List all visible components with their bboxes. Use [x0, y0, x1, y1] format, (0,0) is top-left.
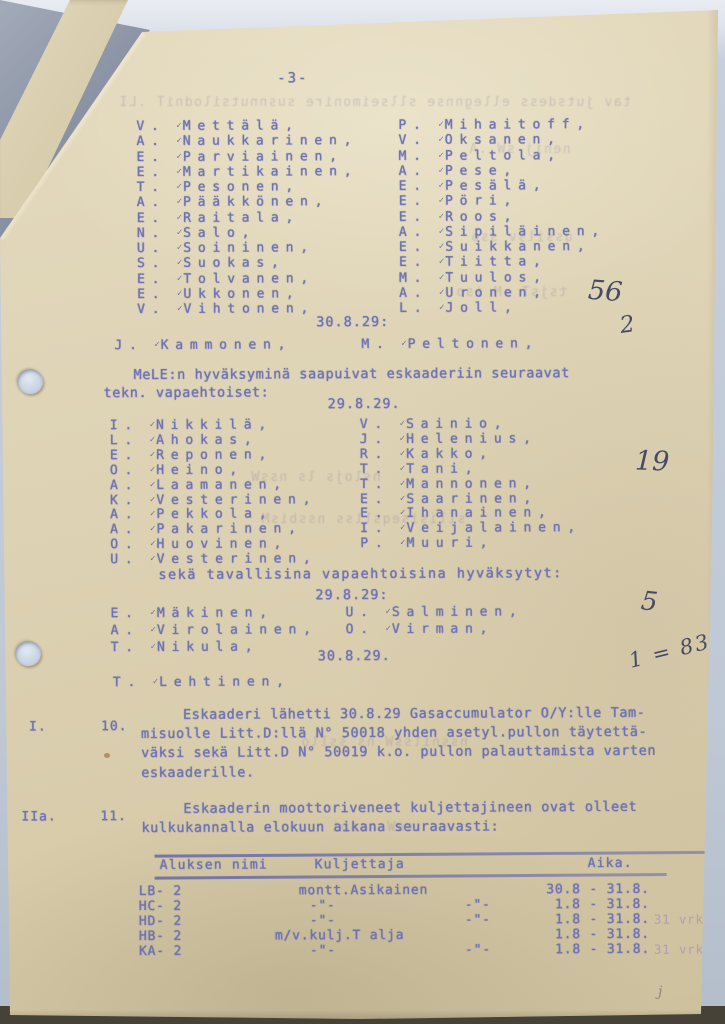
- vessel-name: HC- 2: [139, 899, 182, 914]
- name-cell: A. ✓Sipiläinen,: [399, 224, 606, 240]
- check-mark-icon: ✓: [439, 181, 444, 191]
- name-initial: A.: [111, 623, 155, 638]
- name-surname: Kammonen,: [161, 337, 293, 353]
- name-surname: Nikkilä,: [156, 417, 273, 433]
- name-cell: E. ✓Tolvanen,: [137, 271, 315, 287]
- name-initial: E.: [110, 448, 154, 463]
- check-mark-icon: ✓: [177, 212, 182, 222]
- driver-ditto: -"-: [310, 898, 336, 913]
- name-surname: Vesterinen,: [157, 551, 318, 567]
- name-cell: A. ✓Uronen,: [399, 285, 548, 301]
- paragraph-line: MeLE:n hyväksyminä saapuivat eskaaderiin…: [103, 364, 569, 384]
- check-mark-icon: ✓: [150, 465, 155, 475]
- check-mark-icon: ✓: [438, 165, 443, 175]
- name-cell: E. ✓Reponen,: [110, 447, 273, 463]
- name-surname: Salminen,: [392, 604, 524, 620]
- name-initial: A.: [399, 224, 443, 239]
- handwritten-count: 19: [634, 445, 669, 477]
- page-number: -3-: [277, 70, 308, 86]
- duration-note: 31 vrk: [654, 941, 704, 956]
- check-mark-icon: ✓: [150, 420, 155, 430]
- name-cell: I. ✓Veijalainen,: [360, 520, 582, 536]
- name-initial: K.: [110, 492, 154, 507]
- check-mark-icon: ✓: [400, 478, 405, 488]
- name-initial: E.: [360, 506, 404, 521]
- handwritten-count: 56: [587, 275, 623, 308]
- check-mark-icon: ✓: [439, 211, 444, 221]
- check-mark-icon: ✓: [400, 508, 405, 518]
- margin-label-section: I.: [29, 719, 47, 734]
- name-cell: E. ✓Martikainen,: [137, 164, 359, 180]
- name-cell: A. ✓Virolainen,: [111, 622, 318, 638]
- name-cell: L. ✓Joll,: [399, 300, 519, 316]
- vessel-name: LB- 2: [139, 884, 182, 899]
- name-initial: O.: [346, 622, 390, 637]
- name-initial: I.: [110, 418, 154, 433]
- name-surname: Suikkanen,: [445, 239, 591, 255]
- name-cell: O. ✓Heino,: [110, 462, 244, 478]
- name-surname: Pakarinen,: [156, 522, 302, 538]
- check-mark-icon: ✓: [176, 136, 181, 146]
- name-cell: V. ✓Sainio,: [360, 416, 509, 432]
- name-cell: U. ✓Soininen,: [137, 240, 315, 256]
- vessel-name: HD- 2: [139, 914, 182, 929]
- check-mark-icon: ✓: [150, 524, 155, 534]
- check-mark-icon: ✓: [439, 226, 444, 236]
- check-mark-icon: ✓: [176, 151, 181, 161]
- name-initial: A.: [399, 163, 443, 178]
- name-initial: M.: [398, 148, 442, 163]
- name-surname: Saarinen,: [406, 491, 538, 507]
- name-initial: E.: [399, 240, 443, 255]
- name-surname: Pekkola,: [156, 507, 273, 523]
- check-mark-icon: ✓: [400, 523, 405, 533]
- paragraph-line: Eskaaderin moottoriveneet kuljettajineen…: [141, 798, 637, 819]
- name-cell: V. ✓Oksanen,: [398, 132, 561, 148]
- name-initial: T.: [113, 675, 157, 690]
- name-surname: Heino,: [156, 462, 244, 477]
- name-surname: Laamanen,: [156, 477, 288, 493]
- paragraph-line: kulkukannalla elokuun aikana seuraavasti…: [141, 816, 637, 837]
- check-mark-icon: ✓: [177, 304, 182, 314]
- name-initial: E.: [399, 255, 443, 270]
- name-surname: Uronen,: [445, 285, 547, 300]
- driver-ditto: -"-: [465, 912, 491, 927]
- name-surname: Raitala,: [183, 210, 300, 226]
- name-surname: Tiitta,: [445, 254, 547, 269]
- name-cell: T. ✓Lehtinen,: [113, 674, 291, 690]
- driver-ditto: -"-: [465, 897, 491, 912]
- check-mark-icon: ✓: [438, 135, 443, 145]
- name-cell: P. ✓Muuri,: [360, 536, 494, 552]
- stray-mark: j: [658, 984, 662, 1000]
- name-cell: J. ✓Kammonen,: [114, 337, 292, 353]
- check-mark-icon: ✓: [153, 677, 158, 687]
- handwritten-count: 2: [618, 311, 636, 339]
- check-mark-icon: ✓: [150, 554, 155, 564]
- name-surname: Mihaitoff,: [445, 117, 591, 133]
- check-mark-icon: ✓: [400, 419, 405, 429]
- name-surname: Huovinen,: [156, 537, 288, 553]
- name-cell: A. ✓Pekkola,: [110, 507, 273, 523]
- check-mark-icon: ✓: [439, 272, 444, 282]
- name-initial: U.: [110, 552, 154, 567]
- name-initial: T.: [111, 640, 155, 655]
- name-cell: E. ✓Mäkinen,: [110, 605, 273, 621]
- name-surname: Muuri,: [406, 536, 494, 551]
- name-cell: P. ✓Mihaitoff,: [398, 117, 591, 133]
- name-surname: Vihtonen,: [183, 301, 315, 317]
- punch-hole: [15, 641, 41, 666]
- check-mark-icon: ✓: [150, 435, 155, 445]
- check-mark-icon: ✓: [176, 121, 181, 131]
- name-cell: A. ✓Naukkarinen,: [136, 133, 358, 149]
- name-cell: A. ✓Pääkkönen,: [137, 194, 330, 210]
- check-mark-icon: ✓: [439, 303, 444, 313]
- check-mark-icon: ✓: [177, 182, 182, 192]
- paragraph-10: Eskaaderi lähetti 30.8.29 Gasaccumulator…: [141, 704, 656, 783]
- name-surname: Soininen,: [183, 240, 315, 256]
- name-surname: Reponen,: [156, 447, 273, 463]
- name-cell: O. ✓Huovinen,: [110, 537, 288, 553]
- handwritten-count: 5: [639, 586, 659, 618]
- driver-name: m/v.kulj.T alja: [275, 928, 404, 944]
- time-range: 1.8 - 31.8.: [530, 912, 650, 928]
- name-initial: U.: [137, 241, 181, 256]
- name-initial: T.: [137, 180, 181, 195]
- name-surname: Suokas,: [183, 256, 285, 271]
- check-mark-icon: ✓: [177, 228, 182, 238]
- name-initial: J.: [114, 338, 158, 353]
- table-header-time: Aika.: [588, 856, 633, 871]
- name-initial: I.: [360, 521, 404, 536]
- name-cell: V. ✓Mettälä,: [136, 118, 299, 134]
- name-surname: Joll,: [445, 300, 518, 315]
- name-cell: V. ✓Vihtonen,: [137, 301, 315, 317]
- date-line: 30.8.29.: [318, 648, 391, 664]
- check-mark-icon: ✓: [400, 464, 405, 474]
- name-surname: Vesterinen,: [156, 492, 317, 508]
- name-cell: E. ✓Parviainen,: [136, 149, 343, 165]
- check-mark-icon: ✓: [400, 538, 405, 548]
- check-mark-icon: ✓: [150, 625, 155, 635]
- name-cell: I. ✓Nikkilä,: [110, 417, 273, 433]
- name-surname: Pääkkönen,: [183, 194, 329, 210]
- name-initial: E.: [399, 179, 443, 194]
- name-initial: T.: [360, 462, 404, 477]
- date-line: 29.8.29.: [328, 396, 401, 412]
- duration-note: 31 vrk: [654, 911, 704, 926]
- name-surname: Martikainen,: [183, 164, 359, 180]
- name-cell: U. ✓Salminen,: [345, 604, 523, 620]
- check-mark-icon: ✓: [385, 624, 390, 634]
- name-surname: Mettälä,: [183, 118, 300, 134]
- name-cell: E. ✓Raitala,: [137, 210, 300, 226]
- name-initial: M.: [399, 270, 443, 285]
- name-surname: Peltonen,: [408, 336, 540, 352]
- check-mark-icon: ✓: [400, 434, 405, 444]
- name-cell: E. ✓Suikkanen,: [399, 239, 592, 255]
- name-initial: N.: [137, 226, 181, 241]
- name-cell: U. ✓Vesterinen,: [110, 551, 317, 567]
- name-initial: E.: [110, 606, 154, 621]
- name-cell: A. ✓Laamanen,: [110, 477, 288, 493]
- name-surname: Ihanainen,: [406, 506, 552, 522]
- scanned-document: 3 9 tav jutsdess ellegnnse sllseimonire …: [0, 0, 725, 1024]
- name-surname: Oksanen,: [445, 132, 562, 148]
- name-cell: E. ✓Pesälä,: [399, 178, 548, 194]
- name-surname: Naukkarinen,: [183, 133, 359, 149]
- name-surname: Salo,: [183, 225, 256, 240]
- name-surname: Veijalainen,: [406, 520, 582, 536]
- name-surname: Ukkonen,: [183, 286, 300, 302]
- driver-ditto: -"-: [465, 942, 491, 957]
- check-mark-icon: ✓: [400, 449, 405, 459]
- name-initial: V.: [137, 302, 181, 317]
- paragraph-line: väksi sekä Litt.D N° 50019 k.o. pullon p…: [141, 742, 656, 763]
- name-initial: E.: [137, 165, 181, 180]
- name-initial: E.: [136, 149, 180, 164]
- name-initial: P.: [398, 118, 442, 133]
- check-mark-icon: ✓: [177, 289, 182, 299]
- name-surname: Lehtinen,: [159, 674, 291, 690]
- check-mark-icon: ✓: [177, 197, 182, 207]
- name-cell: E. ✓Pöri,: [399, 194, 519, 210]
- name-initial: U.: [345, 605, 389, 620]
- name-initial: O.: [110, 463, 154, 478]
- driver-ditto: -"-: [310, 943, 336, 958]
- name-cell: A. ✓Pese,: [399, 163, 519, 179]
- name-surname: Virman,: [392, 621, 494, 636]
- name-surname: Pesälä,: [445, 178, 547, 193]
- name-initial: A.: [110, 522, 154, 537]
- name-initial: A.: [110, 478, 154, 493]
- check-mark-icon: ✓: [439, 196, 444, 206]
- name-cell: S. ✓Suokas,: [137, 256, 286, 272]
- name-initial: T.: [360, 476, 404, 491]
- check-mark-icon: ✓: [385, 607, 390, 617]
- name-cell: T. ✓Mannonen,: [360, 476, 538, 492]
- driver-ditto: -"-: [310, 913, 336, 928]
- time-range: 30.8 - 31.8.: [530, 882, 650, 898]
- name-cell: E. ✓Ukkonen,: [137, 286, 300, 302]
- name-cell: E. ✓Tiitta,: [399, 254, 548, 270]
- name-cell: L. ✓Ahokas,: [110, 432, 259, 448]
- name-cell: J. ✓Helenius,: [360, 431, 538, 447]
- margin-label-item: 11.: [100, 809, 127, 824]
- name-initial: A.: [137, 195, 181, 210]
- name-initial: E.: [399, 194, 443, 209]
- name-surname: Nikula,: [157, 639, 259, 654]
- name-surname: Mäkinen,: [157, 605, 274, 621]
- name-surname: Pesonen,: [183, 179, 300, 195]
- check-mark-icon: ✓: [439, 242, 444, 252]
- check-mark-icon: ✓: [150, 494, 155, 504]
- name-initial: E.: [399, 209, 443, 224]
- check-mark-icon: ✓: [177, 258, 182, 268]
- table-rule-header: [155, 873, 667, 879]
- paragraph-line: Eskaaderi lähetti 30.8.29 Gasaccumulator…: [141, 704, 656, 725]
- margin-label-item: 10.: [101, 719, 128, 734]
- time-range: 1.8 - 31.8.: [530, 897, 650, 913]
- name-initial: V.: [360, 417, 404, 432]
- check-mark-icon: ✓: [400, 493, 405, 503]
- vessel-name: HB- 2: [139, 929, 182, 944]
- name-initial: A.: [399, 285, 443, 300]
- name-initial: M.: [361, 337, 405, 352]
- name-surname: Helenius,: [406, 431, 538, 447]
- name-initial: P.: [360, 536, 404, 551]
- name-initial: L.: [399, 301, 443, 316]
- table-header-driver: Kuljettaja: [315, 857, 405, 872]
- table-header-vessel: Aluksen nimi: [160, 857, 268, 872]
- name-cell: T. ✓Pesonen,: [137, 179, 300, 195]
- check-mark-icon: ✓: [401, 339, 406, 349]
- name-initial: E.: [137, 287, 181, 302]
- check-mark-icon: ✓: [176, 167, 181, 177]
- name-cell: E. ✓Ihanainen,: [360, 506, 553, 522]
- name-cell: M. ✓Peltonen,: [361, 336, 539, 352]
- name-cell: R. ✓Kakko,: [360, 446, 494, 462]
- check-mark-icon: ✓: [151, 642, 156, 652]
- name-initial: V.: [136, 119, 180, 134]
- time-range: 1.8 - 31.8.: [530, 941, 650, 957]
- name-surname: Tani,: [406, 461, 479, 476]
- name-cell: T. ✓Nikula,: [111, 639, 260, 655]
- name-cell: T. ✓Tani,: [360, 461, 480, 477]
- check-mark-icon: ✓: [150, 509, 155, 519]
- name-surname: Roos,: [445, 209, 518, 224]
- name-cell: E. ✓Saarinen,: [360, 491, 538, 507]
- document-page: tav jutsdess ellegnnse sllseimonire susn…: [0, 0, 725, 1024]
- name-cell: A. ✓Pakarinen,: [110, 522, 303, 538]
- name-initial: O.: [110, 537, 154, 552]
- name-initial: E.: [360, 491, 404, 506]
- name-initial: V.: [398, 133, 442, 148]
- check-mark-icon: ✓: [177, 273, 182, 283]
- paragraph-line: eskaaderille.: [141, 761, 656, 782]
- name-surname: Mannonen,: [406, 476, 538, 492]
- margin-label-section: IIa.: [21, 809, 56, 824]
- name-cell: M. ✓Peltola,: [398, 148, 561, 164]
- name-surname: Tuulos,: [445, 270, 547, 285]
- typed-content: -3- V. ✓Mettälä,P. ✓Mihaitoff,A. ✓Naukka…: [0, 0, 725, 1024]
- date-line: 30.8.29:: [316, 314, 389, 330]
- table-rule-top: [155, 851, 720, 857]
- name-surname: Pese,: [445, 163, 518, 178]
- name-surname: Pöri,: [445, 194, 518, 209]
- date-line: 29.8.29:: [315, 587, 388, 603]
- check-mark-icon: ✓: [150, 480, 155, 490]
- check-mark-icon: ✓: [177, 243, 182, 253]
- name-initial: R.: [360, 447, 404, 462]
- check-mark-icon: ✓: [154, 340, 159, 350]
- punch-hole: [17, 369, 43, 394]
- check-mark-icon: ✓: [439, 257, 444, 267]
- paragraph-11: Eskaaderin moottoriveneet kuljettajineen…: [141, 798, 637, 837]
- check-mark-icon: ✓: [150, 539, 155, 549]
- name-surname: Sainio,: [406, 416, 508, 431]
- check-mark-icon: ✓: [150, 608, 155, 618]
- name-surname: Kakko,: [406, 446, 494, 461]
- vessel-name: KA- 2: [139, 943, 182, 958]
- name-surname: Virolainen,: [157, 622, 318, 638]
- name-initial: J.: [360, 432, 404, 447]
- name-surname: Tolvanen,: [183, 271, 315, 287]
- time-range: 1.8 - 31.8.: [530, 926, 650, 942]
- line-seka: sekä tavallisina vapaehtoisina hyväksyty…: [158, 565, 562, 583]
- check-mark-icon: ✓: [438, 120, 443, 130]
- name-initial: A.: [110, 507, 154, 522]
- name-initial: E.: [137, 271, 181, 286]
- name-initial: S.: [137, 256, 181, 271]
- name-surname: Parviainen,: [183, 149, 344, 165]
- name-cell: K. ✓Vesterinen,: [110, 492, 317, 508]
- name-initial: A.: [136, 134, 180, 149]
- check-mark-icon: ✓: [438, 150, 443, 160]
- name-surname: Ahokas,: [156, 432, 258, 447]
- name-initial: L.: [110, 433, 154, 448]
- name-surname: Peltola,: [445, 148, 562, 164]
- name-initial: E.: [137, 210, 181, 225]
- check-mark-icon: ✓: [439, 287, 444, 297]
- driver-name: montt.Asikainen: [299, 883, 428, 899]
- name-cell: O. ✓Virman,: [346, 621, 495, 637]
- name-cell: M. ✓Tuulos,: [399, 270, 548, 286]
- check-mark-icon: ✓: [150, 450, 155, 460]
- name-cell: N. ✓Salo,: [137, 225, 257, 241]
- name-cell: E. ✓Roos,: [399, 209, 519, 225]
- name-surname: Sipiläinen,: [445, 224, 606, 240]
- paragraph-line: misuolle Litt.D:llä N° 50018 yhden asety…: [141, 723, 656, 744]
